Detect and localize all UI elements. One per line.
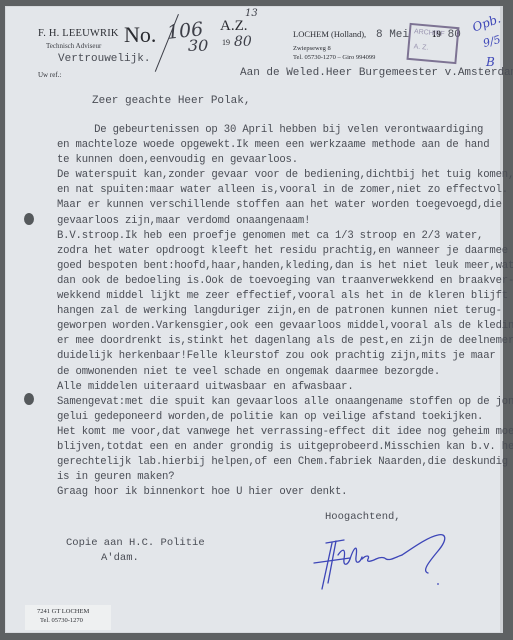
letter-date: 8 Mei (376, 29, 409, 41)
body-line: hangen zal de werking langduriger zijn,e… (57, 304, 502, 319)
body-line: duidelijk herkenbaar!Felle kleurstof zou… (57, 349, 502, 364)
letterhead-name: F. H. LEEUWRIK (38, 28, 119, 39)
body-line: blijven,totdat een en ander grondig is u… (57, 440, 502, 455)
signature (310, 525, 460, 595)
addressee: Aan de Weled.Heer Burgemeester v.Amsterd… (240, 67, 513, 79)
body-line: Maar er kunnen verschillende stoffen aan… (57, 198, 502, 213)
body-line: en machteloze woede opgewekt.Ik meen een… (57, 138, 502, 153)
letter-body: De gebeurtenissen op 30 April hebben bij… (57, 123, 502, 500)
body-line: zodra het water opdroogt kleeft het resi… (57, 244, 502, 259)
footer-stamp-line-2: Tel. 05730-1270 (40, 617, 83, 624)
body-line: wekkend middel lijkt me zeer effectief,v… (57, 289, 502, 304)
body-line: te kunnen doen,eenvoudig en gevaarloos. (57, 153, 502, 168)
copy-note-line-1: Copie aan H.C. Politie (66, 537, 205, 549)
number-label: No. (124, 22, 156, 48)
body-line: goed bespoten bent:hoofd,haar,handen,kle… (57, 259, 502, 274)
body-line: Samengevat:met die spuit kan gevaarloos … (57, 395, 502, 410)
footer-stamp-line-1: 7241 GT LOCHEM (37, 608, 89, 615)
body-line: De waterspuit kan,zonder gevaar voor de … (57, 168, 502, 183)
copy-note-line-2: A'dam. (101, 552, 139, 564)
punch-hole (24, 393, 34, 405)
salutation: Zeer geachte Heer Polak, (92, 95, 250, 107)
az-label: A.Z. (220, 18, 248, 35)
body-line: dan ook de bedoeling is.Ook de toevoegin… (57, 274, 502, 289)
az-year-prefix: 19 (222, 38, 230, 47)
az-superscript: 13 (245, 8, 258, 19)
az-year: 80 (234, 34, 252, 50)
archive-stamp: ARCHIEF A. Z. (406, 23, 459, 64)
body-line: B.V.stroop.Ik heb een proefje genomen me… (57, 229, 502, 244)
body-line: Alle middelen uiteraard uitwasbaar en af… (57, 380, 502, 395)
body-line: en nat spuiten:maar water alleen is,voor… (57, 183, 502, 198)
letterhead-city: LOCHEM (Holland), (293, 29, 366, 39)
confidential-label: Vertrouwelijk. (58, 53, 150, 65)
letterhead-street: Zwiepseweg 8 (293, 45, 331, 52)
body-line: er mee doordrenkt is,stinkt het dagenlan… (57, 334, 502, 349)
your-reference-label: Uw ref.: (38, 71, 61, 79)
body-line: De gebeurtenissen op 30 April hebben bij… (57, 123, 502, 138)
punch-hole (24, 213, 34, 225)
body-line: gelui gedeponeerd worden,de politie kan … (57, 410, 502, 425)
letterhead-title: Technisch Adviseur (46, 42, 101, 50)
body-line: Het komt me voor,dat vanwege het verrass… (57, 425, 502, 440)
stamp-line-2: A. Z. (413, 43, 428, 51)
body-line: is in geuren maken? (57, 470, 502, 485)
body-line: de omwonenden niet te veel schade en ong… (57, 365, 502, 380)
body-line: gerechtelijk lab.hierbij helpen,of een C… (57, 455, 502, 470)
handwritten-number-sub: 30 (188, 36, 208, 55)
letterhead-phone-giro: Tel. 05730-1270 – Giro 994099 (293, 54, 375, 61)
closing: Hoogachtend, (325, 511, 401, 523)
stamp-line-1: ARCHIEF (414, 28, 445, 38)
body-line: gevaarloos zijn,maar verdomd onaangenaam… (57, 214, 502, 229)
body-line: geworpen worden.Varkensgier,ook een geva… (57, 319, 502, 334)
body-line: Graag hoor ik binnenkort hoe U hier over… (57, 485, 502, 500)
